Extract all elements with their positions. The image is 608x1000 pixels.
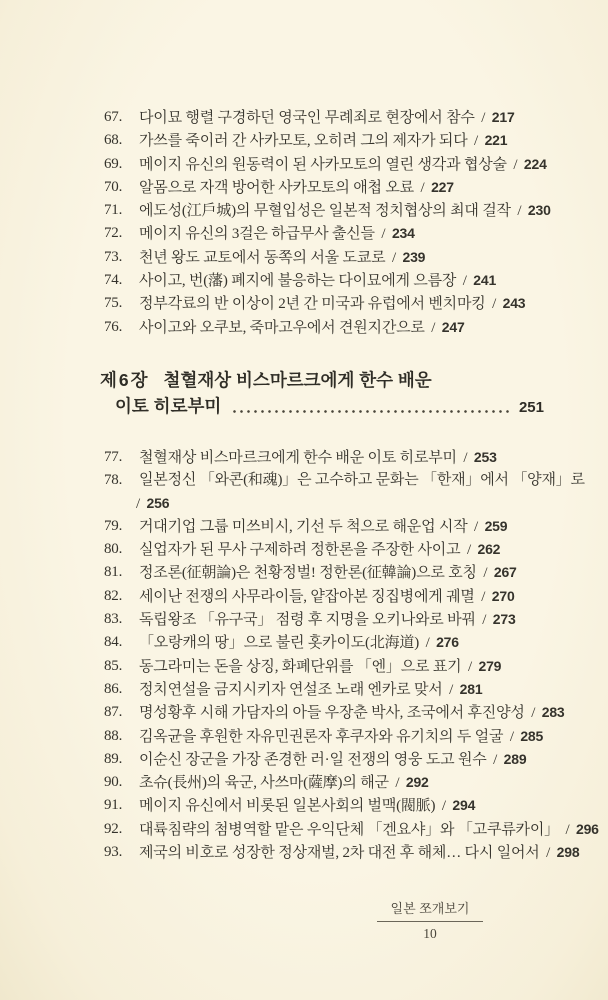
toc-entry-title: 메이지 유신에서 비롯된 일본사회의 벌맥(閥脈) (139, 798, 435, 814)
toc-entry-page: 247 (442, 319, 465, 335)
toc-entry-line: 메이지 유신의 3걸은 하급무사 출신들 / 234 (139, 226, 415, 242)
toc-entry-title: 동그라미는 돈을 상징, 화폐단위를 「엔」으로 표기 (139, 659, 461, 675)
toc-entry-body: 독립왕조 「유구국」 점령 후 지명을 오키나와로 바꿔 / 273 (139, 608, 594, 631)
toc-entry-number: 76. (104, 316, 139, 339)
toc-entry-page: 281 (460, 681, 483, 697)
toc-entry-title: 알몸으로 자객 방어한 사카모토의 애첩 오료 (139, 180, 414, 196)
toc-entry-separator: / (487, 752, 504, 768)
toc-entry-number: 75. (104, 292, 139, 315)
toc-entry-separator: / (461, 659, 478, 675)
toc-entry-separator: / (457, 450, 474, 466)
chapter-title: 철혈재상 비스마르크에게 한수 배운 (164, 368, 432, 393)
toc-entry-title: 「오랑캐의 땅」으로 불린 홋카이도(北海道) (139, 635, 419, 651)
toc-entry-line: 알몸으로 자객 방어한 사카모토의 애첩 오료 / 227 (139, 180, 454, 196)
toc-entry-body: 명성황후 시해 가담자의 아들 우장춘 박사, 조국에서 후진양성 / 283 (139, 701, 594, 724)
toc-entry-page: 256 (147, 495, 170, 511)
toc-entry-title: 메이지 유신의 3걸은 하급무사 출신들 (139, 226, 375, 242)
toc-entry: 68. 가쓰를 죽이러 간 사카모토, 오히려 그의 제자가 되다 / 221 (104, 129, 594, 152)
toc-entry-number: 67. (104, 106, 139, 129)
toc-entry-page: 224 (524, 156, 547, 172)
toc-entry: 72. 메이지 유신의 3걸은 하급무사 출신들 / 234 (104, 222, 594, 245)
toc-entry-body: 정부각료의 반 이상이 2년 간 미국과 유럽에서 벤치마킹 / 243 (139, 292, 594, 315)
toc-entry-page: 262 (477, 541, 500, 557)
toc-entry-line: 동그라미는 돈을 상징, 화폐단위를 「엔」으로 표기 / 279 (139, 659, 501, 675)
toc-entry-line: 가쓰를 죽이러 간 사카모토, 오히려 그의 제자가 되다 / 221 (139, 133, 507, 149)
toc-entry-body: 철혈재상 비스마르크에게 한수 배운 이토 히로부미 / 253 (139, 446, 594, 469)
toc-entry-line: 메이지 유신에서 비롯된 일본사회의 벌맥(閥脈) / 294 (139, 798, 475, 814)
toc-entry-title: 김옥균을 후원한 자유민권론자 후쿠자와 유기치의 두 얼굴 (139, 729, 503, 745)
toc-entry: 67. 다이묘 행렬 구경하던 영국인 무례죄로 현장에서 참수 / 217 (104, 106, 594, 129)
toc-entry-title: 사이고, 번(藩) 폐지에 불응하는 다이묘에게 으름장 (139, 273, 456, 289)
toc-entry-line: 다이묘 행렬 구경하던 영국인 무례죄로 현장에서 참수 / 217 (139, 110, 515, 126)
toc-entry-body: 초슈(長州)의 육군, 사쓰마(薩摩)의 해군 / 292 (139, 771, 594, 794)
chapter-heading: 제6장 철혈재상 비스마르크에게 한수 배운 이토 히로부미 251 (100, 368, 544, 421)
toc-entry-title: 가쓰를 죽이러 간 사카모토, 오히려 그의 제자가 되다 (139, 133, 468, 149)
toc-entry-separator: / (375, 226, 392, 242)
toc-entry-number: 71. (104, 199, 139, 222)
toc-entry: 82. 세이난 전쟁의 사무라이들, 얕잡아본 징집병에게 궤멸 / 270 (104, 585, 594, 608)
toc-entry-line: 대륙침략의 첨병역할 맡은 우익단체 「겐요샤」와 「고쿠류카이」 / 296 (139, 822, 599, 838)
toc-entry: 81. 정조론(征朝論)은 천황정벌! 정한론(征韓論)으로 호칭 / 267 (104, 561, 594, 584)
toc-entry-page: 243 (503, 295, 526, 311)
toc-entry-number: 69. (104, 153, 139, 176)
toc-entry-body: 다이묘 행렬 구경하던 영국인 무례죄로 현장에서 참수 / 217 (139, 106, 594, 129)
toc-entry-page: 294 (452, 797, 475, 813)
toc-entry-number: 82. (104, 585, 139, 608)
toc-entry-body: 정조론(征朝論)은 천황정벌! 정한론(征韓論)으로 호칭 / 267 (139, 561, 594, 584)
toc-entry-line: 김옥균을 후원한 자유민권론자 후쿠자와 유기치의 두 얼굴 / 285 (139, 729, 543, 745)
toc-entry-separator: / (477, 565, 494, 581)
toc-entry-separator: / (503, 729, 520, 745)
toc-entry-separator: / (507, 157, 524, 173)
toc-entry: 78. 일본정신 「와콘(和魂)」은 고수하고 문화는 「한재」에서 「양재」로… (104, 469, 594, 515)
toc-entry-separator: / (475, 110, 492, 126)
toc-entry-body: 천년 왕도 교토에서 동쪽의 서울 도쿄로 / 239 (139, 246, 594, 269)
toc-entry-title: 일본정신 「와콘(和魂)」은 고수하고 문화는 「한재」에서 「양재」로 (139, 472, 585, 488)
footer-page-number: 10 (377, 922, 483, 942)
toc-entry-title: 철혈재상 비스마르크에게 한수 배운 이토 히로부미 (139, 450, 457, 466)
toc-entry-body: 대륙침략의 첨병역할 맡은 우익단체 「겐요샤」와 「고쿠류카이」 / 296 (139, 818, 594, 841)
toc-entry: 90. 초슈(長州)의 육군, 사쓰마(薩摩)의 해군 / 292 (104, 771, 594, 794)
toc-entry-page: 221 (485, 132, 508, 148)
toc-entry-number: 91. (104, 794, 139, 817)
toc-list-after-chapter: 77. 철혈재상 비스마르크에게 한수 배운 이토 히로부미 / 253 78.… (104, 446, 594, 864)
toc-entry: 74. 사이고, 번(藩) 폐지에 불응하는 다이묘에게 으름장 / 241 (104, 269, 594, 292)
toc-entry-number: 89. (104, 748, 139, 771)
toc-entry-body: 사이고, 번(藩) 폐지에 불응하는 다이묘에게 으름장 / 241 (139, 269, 594, 292)
toc-entry-page: 234 (392, 225, 415, 241)
toc-entry-title: 제국의 비호로 성장한 정상재벌, 2차 대전 후 해체… 다시 일어서 (139, 845, 540, 861)
toc-entry: 93. 제국의 비호로 성장한 정상재벌, 2차 대전 후 해체… 다시 일어서… (104, 841, 594, 864)
toc-entry-line: 이순신 장군을 가장 존경한 러·일 전쟁의 영웅 도고 원수 / 289 (139, 752, 526, 768)
dot-leader (231, 393, 512, 421)
toc-entry-separator: / (476, 612, 493, 628)
toc-entry-line: 천년 왕도 교토에서 동쪽의 서울 도쿄로 / 239 (139, 250, 425, 266)
toc-entry-separator: / (486, 296, 503, 312)
toc-entry-title: 세이난 전쟁의 사무라이들, 얕잡아본 징집병에게 궤멸 (139, 589, 475, 605)
toc-entry-title: 실업자가 된 무사 구제하려 정한론을 주장한 사이고 (139, 542, 460, 558)
toc-entry: 69. 메이지 유신의 원동력이 된 사카모토의 열린 생각과 협상술 / 22… (104, 153, 594, 176)
toc-entry-separator: / (419, 635, 436, 651)
toc-entry-title: 거대기업 그룹 미쓰비시, 기선 두 척으로 해운업 시작 (139, 519, 468, 535)
toc-entry-line: 철혈재상 비스마르크에게 한수 배운 이토 히로부미 / 253 (139, 450, 497, 466)
toc-entry: 76. 사이고와 오쿠보, 죽마고우에서 견원지간으로 / 247 (104, 316, 594, 339)
toc-entry-body: 「오랑캐의 땅」으로 불린 홋카이도(北海道) / 276 (139, 631, 594, 654)
toc-entry-title: 명성황후 시해 가담자의 아들 우장춘 박사, 조국에서 후진양성 (139, 705, 525, 721)
toc-entry-number: 73. (104, 246, 139, 269)
toc-entry: 86. 정치연설을 금지시키자 연설조 노래 엔카로 맞서 / 281 (104, 678, 594, 701)
toc-entry-line: 실업자가 된 무사 구제하려 정한론을 주장한 사이고 / 262 (139, 542, 500, 558)
toc-entry-body: 거대기업 그룹 미쓰비시, 기선 두 척으로 해운업 시작 / 259 (139, 515, 594, 538)
toc-entry-page: 253 (474, 449, 497, 465)
toc-entry-body: 실업자가 된 무사 구제하려 정한론을 주장한 사이고 / 262 (139, 538, 594, 561)
toc-entry-body: 메이지 유신에서 비롯된 일본사회의 벌맥(閥脈) / 294 (139, 794, 594, 817)
toc-entry: 88. 김옥균을 후원한 자유민권론자 후쿠자와 유기치의 두 얼굴 / 285 (104, 725, 594, 748)
toc-entry-page: 241 (473, 272, 496, 288)
toc-entry-number: 90. (104, 771, 139, 794)
toc-entry: 80. 실업자가 된 무사 구제하려 정한론을 주장한 사이고 / 262 (104, 538, 594, 561)
toc-entry-number: 72. (104, 222, 139, 245)
toc-entry-page: 273 (493, 611, 516, 627)
toc-entry-number: 80. (104, 538, 139, 561)
toc-entry-separator: / (559, 822, 576, 838)
toc-entry-separator: / (414, 180, 431, 196)
toc-entry-page: 259 (485, 518, 508, 534)
toc-entry-page: 279 (479, 658, 502, 674)
toc-entry-title: 초슈(長州)의 육군, 사쓰마(薩摩)의 해군 (139, 775, 389, 791)
toc-entry-separator: / (525, 705, 542, 721)
toc-entry: 83. 독립왕조 「유구국」 점령 후 지명을 오키나와로 바꿔 / 273 (104, 608, 594, 631)
toc-entry-page: 217 (492, 109, 515, 125)
toc-entry-page: 239 (402, 249, 425, 265)
toc-entry: 89. 이순신 장군을 가장 존경한 러·일 전쟁의 영웅 도고 원수 / 28… (104, 748, 594, 771)
toc-entry-title: 사이고와 오쿠보, 죽마고우에서 견원지간으로 (139, 320, 425, 336)
toc-entry: 84. 「오랑캐의 땅」으로 불린 홋카이도(北海道) / 276 (104, 631, 594, 654)
chapter-subtitle: 이토 히로부미 (115, 393, 221, 420)
toc-entry-line: 제국의 비호로 성장한 정상재벌, 2차 대전 후 해체… 다시 일어서 / 2… (139, 845, 579, 861)
toc-entry-body: 세이난 전쟁의 사무라이들, 얕잡아본 징집병에게 궤멸 / 270 (139, 585, 594, 608)
toc-entry-wrapped-page-line: / 256 (133, 492, 594, 515)
footer-book-title: 일본 쪼개보기 (377, 898, 483, 922)
toc-entry-line: 세이난 전쟁의 사무라이들, 얕잡아본 징집병에게 궤멸 / 270 (139, 589, 515, 605)
toc-entry-page: 276 (436, 634, 459, 650)
toc-entry-title: 천년 왕도 교토에서 동쪽의 서울 도쿄로 (139, 250, 385, 266)
toc-entry: 73. 천년 왕도 교토에서 동쪽의 서울 도쿄로 / 239 (104, 246, 594, 269)
chapter-label: 제6장 (100, 368, 150, 393)
toc-entry-line: 정부각료의 반 이상이 2년 간 미국과 유럽에서 벤치마킹 / 243 (139, 296, 525, 312)
toc-entry-separator: / (456, 273, 473, 289)
toc-entry-separator: / (389, 775, 406, 791)
toc-entry-line: 독립왕조 「유구국」 점령 후 지명을 오키나와로 바꿔 / 273 (139, 612, 516, 628)
toc-entry: 79. 거대기업 그룹 미쓰비시, 기선 두 척으로 해운업 시작 / 259 (104, 515, 594, 538)
toc-entry-title: 정치연설을 금지시키자 연설조 노래 엔카로 맞서 (139, 682, 443, 698)
toc-entry-number: 86. (104, 678, 139, 701)
toc-entry-number: 74. (104, 269, 139, 292)
toc-entry-page: 292 (406, 774, 429, 790)
toc-entry-separator: / (511, 203, 528, 219)
toc-entry-line: 메이지 유신의 원동력이 된 사카모토의 열린 생각과 협상술 / 224 (139, 157, 547, 173)
toc-entry: 75. 정부각료의 반 이상이 2년 간 미국과 유럽에서 벤치마킹 / 243 (104, 292, 594, 315)
toc-entry-separator: / (385, 250, 402, 266)
toc-entry-page: 296 (576, 821, 599, 837)
toc-entry-line: 「오랑캐의 땅」으로 불린 홋카이도(北海道) / 276 (139, 635, 459, 651)
toc-entry: 91. 메이지 유신에서 비롯된 일본사회의 벌맥(閥脈) / 294 (104, 794, 594, 817)
book-toc-page: 67. 다이묘 행렬 구경하던 영국인 무례죄로 현장에서 참수 / 217 6… (0, 0, 608, 1000)
toc-list-before-chapter: 67. 다이묘 행렬 구경하던 영국인 무례죄로 현장에서 참수 / 217 6… (104, 106, 594, 339)
toc-entry-separator: / (468, 133, 485, 149)
toc-entry-separator: / (475, 589, 492, 605)
toc-entry-body: 알몸으로 자객 방어한 사카모토의 애첩 오료 / 227 (139, 176, 594, 199)
toc-entry-title: 다이묘 행렬 구경하던 영국인 무례죄로 현장에서 참수 (139, 110, 475, 126)
toc-entry-title: 메이지 유신의 원동력이 된 사카모토의 열린 생각과 협상술 (139, 157, 507, 173)
toc-entry-number: 79. (104, 515, 139, 538)
toc-entry-line: 명성황후 시해 가담자의 아들 우장춘 박사, 조국에서 후진양성 / 283 (139, 705, 565, 721)
toc-entry-body: 정치연설을 금지시키자 연설조 노래 엔카로 맞서 / 281 (139, 678, 594, 701)
toc-entry: 92. 대륙침략의 첨병역할 맡은 우익단체 「겐요샤」와 「고쿠류카이」 / … (104, 818, 594, 841)
toc-entry-page: 270 (492, 588, 515, 604)
toc-entry: 71. 에도성(江戶城)의 무혈입성은 일본적 정치협상의 최대 걸작 / 23… (104, 199, 594, 222)
toc-entry-number: 85. (104, 655, 139, 678)
toc-entry-title: 에도성(江戶城)의 무혈입성은 일본적 정치협상의 최대 걸작 (139, 203, 511, 219)
toc-entry-page: 289 (504, 751, 527, 767)
toc-entry-number: 70. (104, 176, 139, 199)
toc-entry-number: 81. (104, 561, 139, 584)
toc-entry-page: 285 (520, 728, 543, 744)
toc-entry-separator: / (443, 682, 460, 698)
toc-entry-line: 사이고, 번(藩) 폐지에 불응하는 다이묘에게 으름장 / 241 (139, 273, 496, 289)
toc-entry-separator: / (425, 320, 442, 336)
toc-entry-body: 메이지 유신의 원동력이 된 사카모토의 열린 생각과 협상술 / 224 (139, 153, 594, 176)
toc-entry-line: 정치연설을 금지시키자 연설조 노래 엔카로 맞서 / 281 (139, 682, 482, 698)
toc-entry-number: 77. (104, 446, 139, 469)
toc-entry-separator: / (133, 496, 147, 512)
toc-entry-body: 동그라미는 돈을 상징, 화폐단위를 「엔」으로 표기 / 279 (139, 655, 594, 678)
toc-entry-line: 초슈(長州)의 육군, 사쓰마(薩摩)의 해군 / 292 (139, 775, 429, 791)
toc-entry: 87. 명성황후 시해 가담자의 아들 우장춘 박사, 조국에서 후진양성 / … (104, 701, 594, 724)
toc-entry-body: 가쓰를 죽이러 간 사카모토, 오히려 그의 제자가 되다 / 221 (139, 129, 594, 152)
toc-entry-body: 김옥균을 후원한 자유민권론자 후쿠자와 유기치의 두 얼굴 / 285 (139, 725, 594, 748)
toc-entry-number: 84. (104, 631, 139, 654)
chapter-heading-line1: 제6장 철혈재상 비스마르크에게 한수 배운 (100, 368, 544, 393)
toc-entry-page: 283 (542, 704, 565, 720)
toc-entry: 70. 알몸으로 자객 방어한 사카모토의 애첩 오료 / 227 (104, 176, 594, 199)
toc-entry-body: 메이지 유신의 3걸은 하급무사 출신들 / 234 (139, 222, 594, 245)
toc-entry-number: 92. (104, 818, 139, 841)
toc-entry-body: 제국의 비호로 성장한 정상재벌, 2차 대전 후 해체… 다시 일어서 / 2… (139, 841, 594, 864)
toc-entry-number: 88. (104, 725, 139, 748)
toc-entry-page: 298 (557, 844, 580, 860)
page-footer: 일본 쪼개보기 10 (377, 898, 483, 942)
toc-entry-line: 일본정신 「와콘(和魂)」은 고수하고 문화는 「한재」에서 「양재」로 (139, 472, 585, 488)
toc-entry-separator: / (435, 798, 452, 814)
toc-entry: 85. 동그라미는 돈을 상징, 화폐단위를 「엔」으로 표기 / 279 (104, 655, 594, 678)
toc-entry-number: 68. (104, 129, 139, 152)
chapter-page-number: 251 (519, 394, 544, 421)
toc-entry-separator: / (468, 519, 485, 535)
toc-entry-line: 에도성(江戶城)의 무혈입성은 일본적 정치협상의 최대 걸작 / 230 (139, 203, 551, 219)
toc-entry-number: 87. (104, 701, 139, 724)
toc-entry-body: 사이고와 오쿠보, 죽마고우에서 견원지간으로 / 247 (139, 316, 594, 339)
toc-entry-page: 267 (494, 564, 517, 580)
toc-entry-line: 거대기업 그룹 미쓰비시, 기선 두 척으로 해운업 시작 / 259 (139, 519, 507, 535)
toc-entry-body: 이순신 장군을 가장 존경한 러·일 전쟁의 영웅 도고 원수 / 289 (139, 748, 594, 771)
toc-entry-body: 일본정신 「와콘(和魂)」은 고수하고 문화는 「한재」에서 「양재」로 / 2… (139, 469, 594, 515)
toc-entry-page: 230 (528, 202, 551, 218)
toc-entry-title: 독립왕조 「유구국」 점령 후 지명을 오키나와로 바꿔 (139, 612, 476, 628)
toc-entry-body: 에도성(江戶城)의 무혈입성은 일본적 정치협상의 최대 걸작 / 230 (139, 199, 594, 222)
toc-entry-title: 대륙침략의 첨병역할 맡은 우익단체 「겐요샤」와 「고쿠류카이」 (139, 822, 559, 838)
toc-entry-number: 83. (104, 608, 139, 631)
toc-entry-page: 227 (431, 179, 454, 195)
toc-entry-number: 93. (104, 841, 139, 864)
toc-entry-title: 이순신 장군을 가장 존경한 러·일 전쟁의 영웅 도고 원수 (139, 752, 487, 768)
toc-entry-line: 사이고와 오쿠보, 죽마고우에서 견원지간으로 / 247 (139, 320, 465, 336)
toc-entry-line: 정조론(征朝論)은 천황정벌! 정한론(征韓論)으로 호칭 / 267 (139, 565, 517, 581)
toc-entry-title: 정조론(征朝論)은 천황정벌! 정한론(征韓論)으로 호칭 (139, 565, 477, 581)
toc-entry-title: 정부각료의 반 이상이 2년 간 미국과 유럽에서 벤치마킹 (139, 296, 486, 312)
toc-entry-separator: / (540, 845, 557, 861)
chapter-heading-line2: 이토 히로부미 251 (100, 393, 544, 421)
toc-entry-separator: / (460, 542, 477, 558)
toc-entry: 77. 철혈재상 비스마르크에게 한수 배운 이토 히로부미 / 253 (104, 446, 594, 469)
